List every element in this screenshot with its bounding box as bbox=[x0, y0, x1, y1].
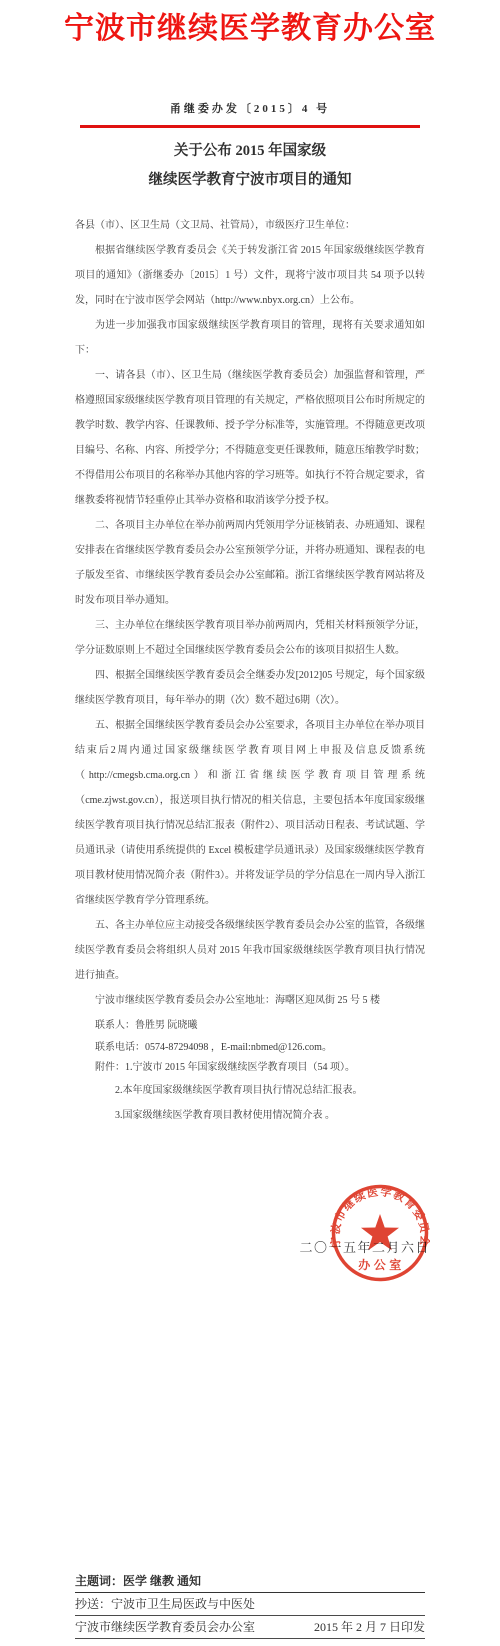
salutation: 各县（市）、区卫生局（文卫局、社管局），市级医疗卫生单位： bbox=[75, 213, 425, 238]
issuer-line: 宁波市继续医学教育委员会办公室 2015 年 2 月 7 日印发 bbox=[75, 1616, 425, 1639]
seal-center-text: 办公室 bbox=[358, 1257, 405, 1272]
paragraph-item-5b: 五、各主办单位应主动接受各级继续医学教育委员会办公室的监管，各级继续医学教育委员… bbox=[75, 913, 425, 988]
official-seal: 宁波市继续医学教育委员会 办公室 bbox=[330, 1183, 430, 1283]
doc-body: 各县（市）、区卫生局（文卫局、社管局），市级医疗卫生单位： 根据省继续医学教育委… bbox=[75, 213, 425, 1128]
attachment-line-2: 2.本年度国家级继续医学教育项目执行情况总结汇报表。 bbox=[75, 1078, 425, 1103]
letterhead-title: 宁波市继续医学教育办公室 bbox=[0, 8, 500, 50]
paragraph-item-1: 一、请各县（市）、区卫生局（继续医学教育委员会）加强监督和管理，严格遵照国家级继… bbox=[75, 363, 425, 513]
seal-star-icon bbox=[361, 1214, 399, 1250]
paragraph-item-2: 二、各项目主办单位在举办前两周内凭领用学分证核销表、办班通知、课程安排表在省继续… bbox=[75, 513, 425, 613]
red-divider-line bbox=[80, 125, 420, 128]
cc-line: 抄送：宁波市卫生局医政与中医处 bbox=[75, 1593, 425, 1616]
doc-number: 甬继委办发〔2015〕4 号 bbox=[0, 100, 500, 116]
doc-footer: 主题词：医学 继教 通知 抄送：宁波市卫生局医政与中医处 宁波市继续医学教育委员… bbox=[75, 1570, 425, 1639]
official-notice-document: 宁波市继续医学教育办公室 甬继委办发〔2015〕4 号 关于公布 2015 年国… bbox=[0, 0, 500, 1646]
office-address-line: 宁波市继续医学教育委员会办公室地址：海曙区迎凤街 25 号 5 楼 bbox=[75, 988, 425, 1013]
doc-title-line2: 继续医学教育宁波市项目的通知 bbox=[0, 166, 500, 195]
contact-phone-line: 联系电话：0574-87294098 ，E-mail:nbmed@126.com… bbox=[75, 1038, 425, 1058]
subject-keywords-line: 主题词：医学 继教 通知 bbox=[75, 1570, 425, 1593]
doc-title-line1: 关于公布 2015 年国家级 bbox=[0, 137, 500, 166]
paragraph-intro: 根据省继续医学教育委员会《关于转发浙江省 2015 年国家级继续医学教育项目的通… bbox=[75, 238, 425, 313]
contact-person-line: 联系人：鲁胜男 阮晓曦 bbox=[75, 1013, 425, 1038]
paragraph-item-3: 三、主办单位在继续医学教育项目举办前两周内，凭相关材料预领学分证，学分证数原则上… bbox=[75, 613, 425, 663]
seal-graphic: 宁波市继续医学教育委员会 办公室 bbox=[330, 1183, 430, 1283]
paragraph-item-5a: 五、根据全国继续医学教育委员会办公室要求，各项目主办单位在举办项目结束后2周内通… bbox=[75, 713, 425, 913]
doc-title: 关于公布 2015 年国家级 继续医学教育宁波市项目的通知 bbox=[0, 137, 500, 195]
paragraph-item-4: 四、根据全国继续医学教育委员会全继委办发[2012]05 号规定，每个国家级继续… bbox=[75, 663, 425, 713]
print-date: 2015 年 2 月 7 日印发 bbox=[314, 1616, 425, 1638]
issuer-office: 宁波市继续医学教育委员会办公室 bbox=[75, 1616, 255, 1638]
paragraph-purpose: 为进一步加强我市国家级继续医学教育项目的管理，现将有关要求通知如下： bbox=[75, 313, 425, 363]
attachment-line-1: 附件：1.宁波市 2015 年国家级继续医学教育项目（54 项）。 bbox=[75, 1058, 425, 1078]
attachment-line-3: 3.国家级继续医学教育项目教材使用情况简介表 。 bbox=[75, 1103, 425, 1128]
